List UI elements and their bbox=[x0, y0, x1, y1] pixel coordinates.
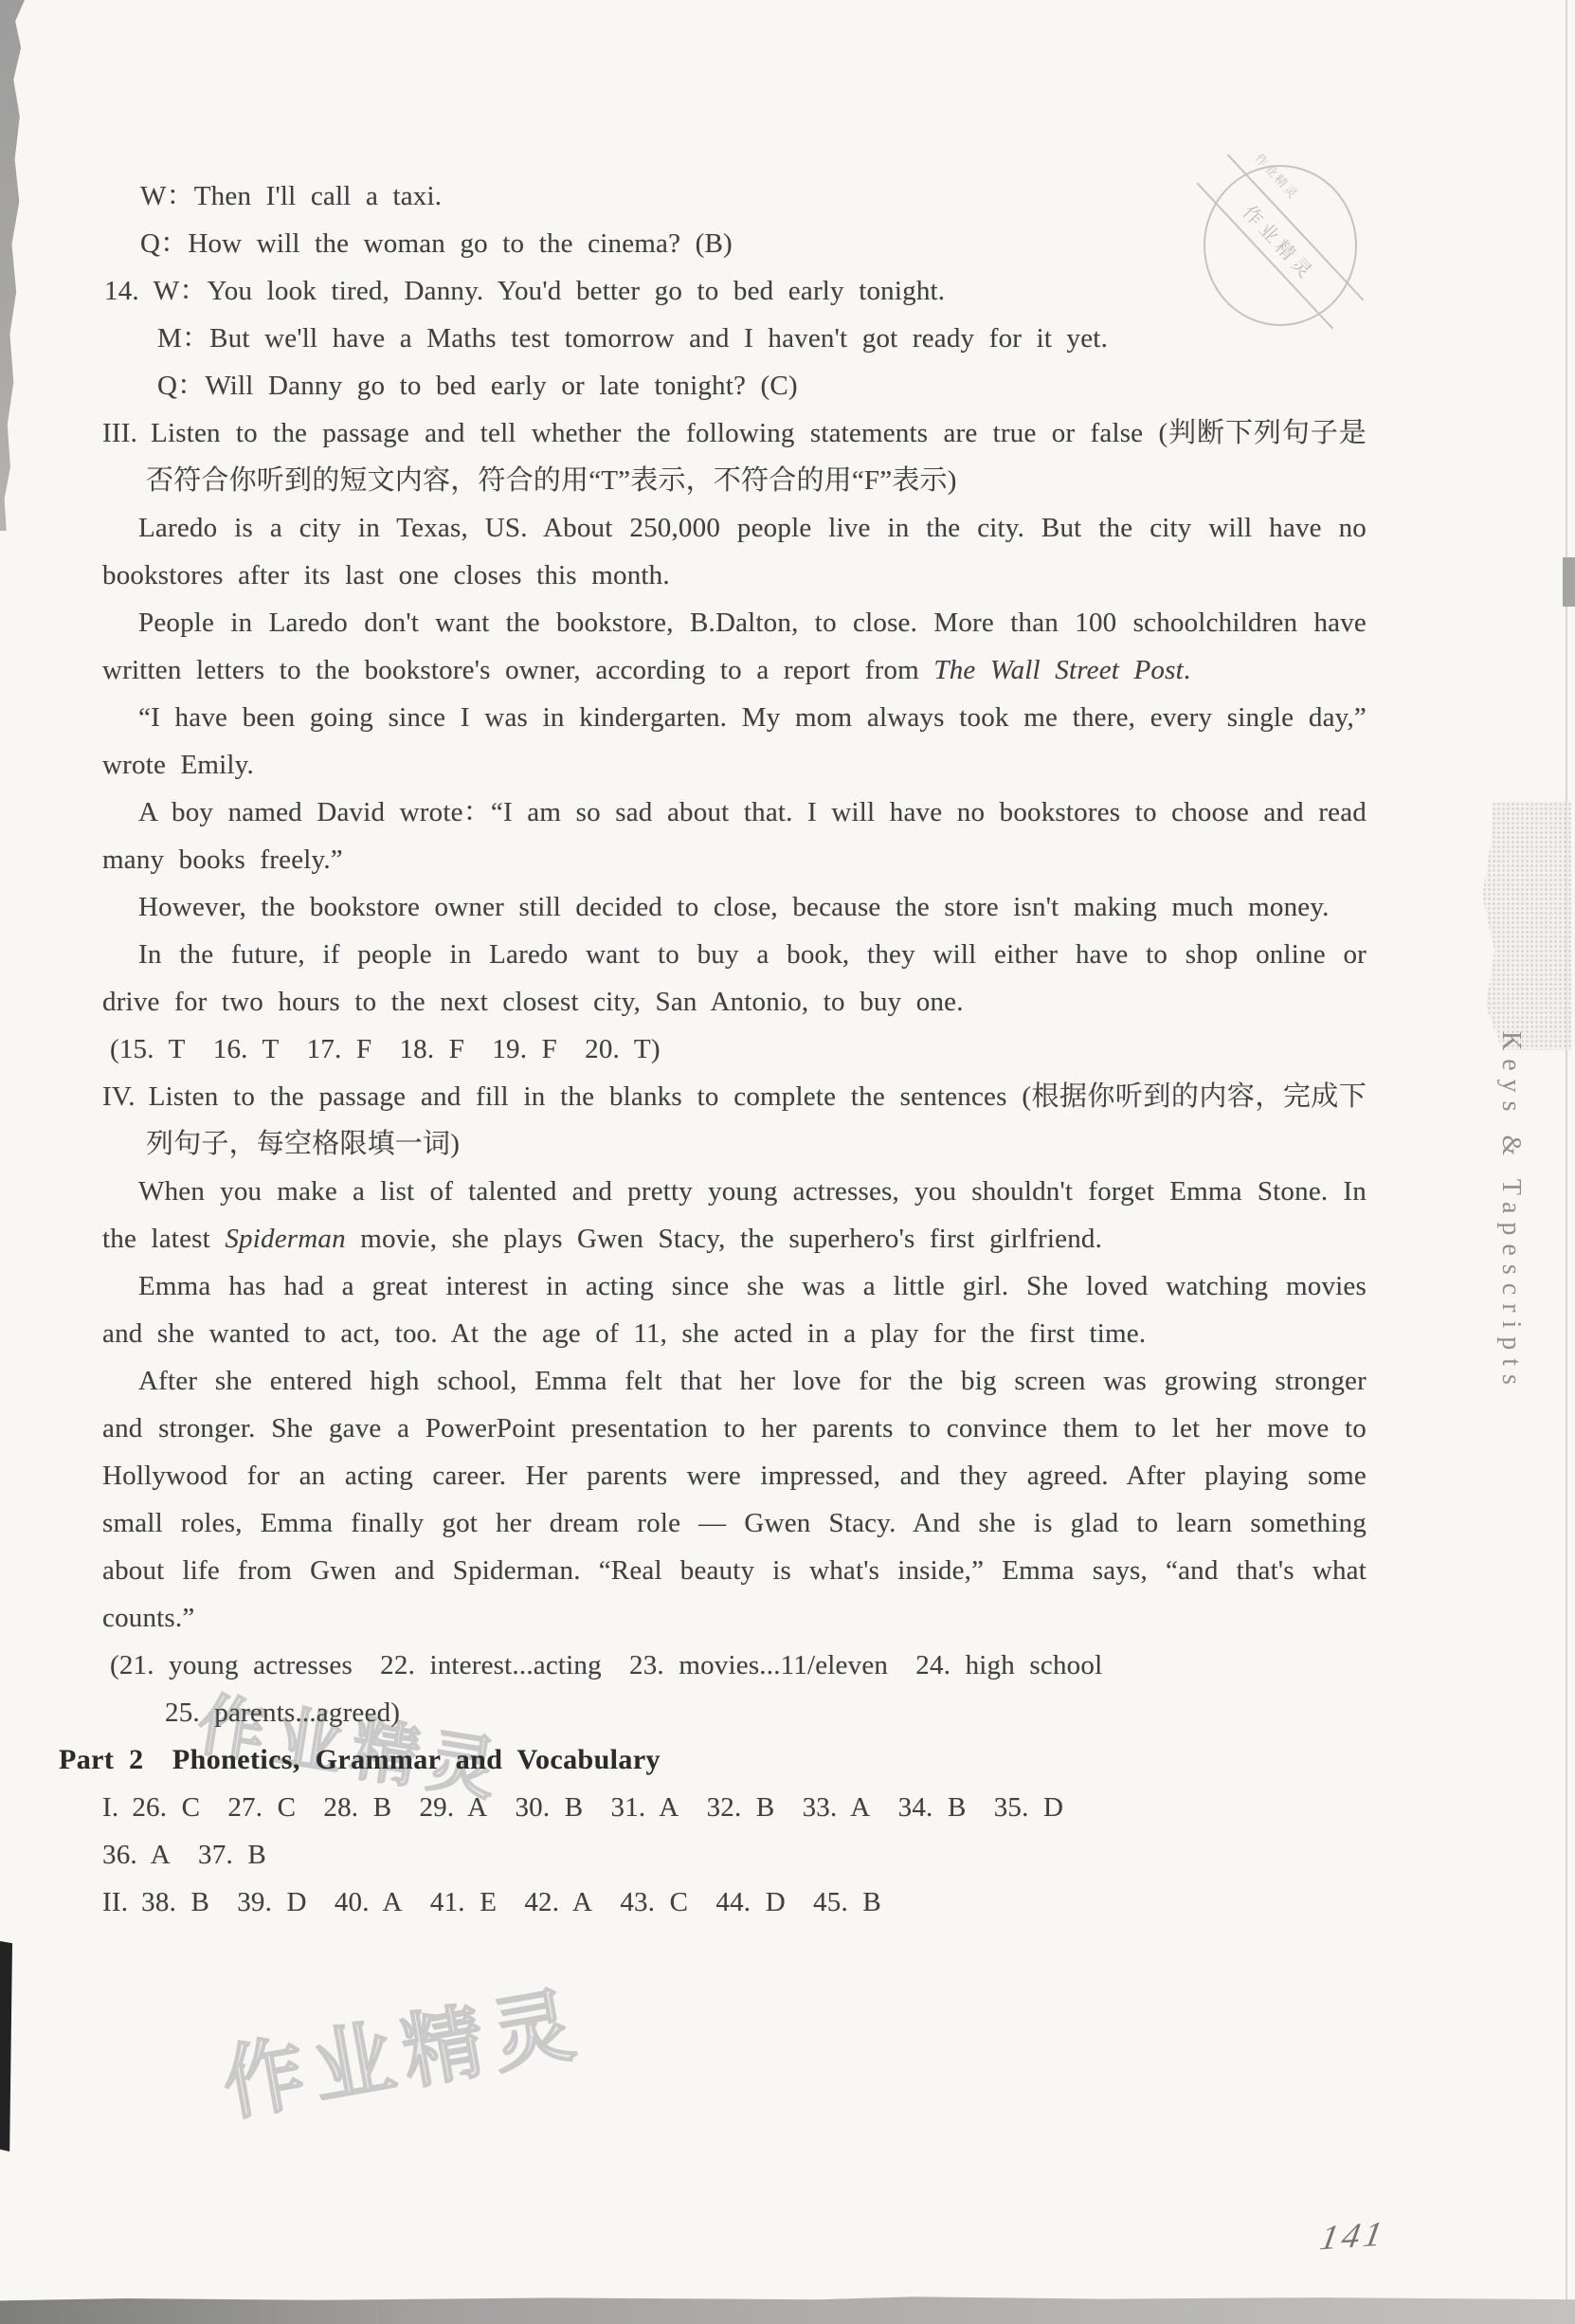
dialogue-line-w13: W：Then I'll call a taxi. bbox=[140, 172, 1367, 220]
right-page-edge-line bbox=[1566, 0, 1567, 2324]
section3-answers: (15. T 16. T 17. F 18. F 19. F 20. T) bbox=[110, 1026, 1367, 1073]
section3-paragraph-5: However, the bookstore owner still decid… bbox=[102, 883, 1367, 931]
right-section-tab bbox=[1563, 557, 1575, 607]
left-binding-bar bbox=[0, 1941, 12, 2152]
section3-paragraph-2: People in Laredo don't want the bookstor… bbox=[102, 599, 1367, 694]
section4-paragraph-1: When you make a list of talented and pre… bbox=[102, 1168, 1367, 1262]
section3-paragraph-1: Laredo is a city in Texas, US. About 250… bbox=[102, 504, 1367, 599]
bottom-page-edge bbox=[0, 2296, 1575, 2324]
margin-label-keys-tapescripts: Keys & Tapescripts bbox=[1495, 1031, 1526, 1393]
dialogue-line-14-m: M：But we'll have a Maths test tomorrow a… bbox=[157, 315, 1367, 362]
part2-heading: Part 2 Phonetics, Grammar and Vocabulary bbox=[59, 1736, 1367, 1784]
dialogue-line-q13: Q：How will the woman go to the cinema? (… bbox=[140, 220, 1367, 267]
section3-numeral: III. bbox=[102, 418, 137, 448]
section4-paragraph-2: Emma has had a great interest in acting … bbox=[102, 1262, 1367, 1357]
part2-item1-line1: I.26. C 27. C 28. B 29. A 30. B 31. A 32… bbox=[102, 1784, 1367, 1831]
gray-circular-stamp: 作业精灵 作业精灵 bbox=[1200, 161, 1361, 330]
section3-heading-text: Listen to the passage and tell whether t… bbox=[146, 418, 1367, 496]
section4-heading-text: Listen to the passage and fill in the bl… bbox=[146, 1081, 1367, 1159]
scanned-answer-key-page: 作业精灵 作业精灵 作业精灵 作业精灵 Keys & Tapescripts 1… bbox=[0, 0, 1575, 2324]
section4-numeral: IV. bbox=[102, 1081, 136, 1112]
left-page-edge-tear bbox=[0, 0, 25, 531]
section3-paragraph-4: A boy named David wrote：“I am so sad abo… bbox=[102, 789, 1367, 883]
part2-item2-line1: II.38. B 39. D 40. A 41. E 42. A 43. C 4… bbox=[102, 1879, 1367, 1926]
part2-item1-line2: 36. A 37. B bbox=[102, 1831, 1367, 1879]
section4-answers-line1: (21. young actresses 22. interest...acti… bbox=[110, 1642, 1367, 1689]
dialogue-line-14-q: Q：Will Danny go to bed early or late ton… bbox=[157, 362, 1367, 409]
watermark-zuoye-jingling-2: 作业精灵 bbox=[212, 1958, 591, 2137]
section3-paragraph-6: In the future, if people in Laredo want … bbox=[102, 931, 1367, 1026]
dialogue-line-14-w: 14. W：You look tired, Danny. You'd bette… bbox=[104, 267, 1367, 315]
part2-item2-numeral: II. bbox=[102, 1887, 128, 1917]
section4-paragraph-3: After she entered high school, Emma felt… bbox=[102, 1357, 1367, 1642]
page-number: 141 bbox=[1317, 2214, 1389, 2260]
part2-item1-answers: 26. C 27. C 28. B 29. A 30. B 31. A 32. … bbox=[132, 1792, 1063, 1823]
section4-answers-line2: 25. parents...agreed) bbox=[165, 1689, 1367, 1736]
part2-item1-numeral: I. bbox=[102, 1792, 118, 1823]
part2-item2-answers: 38. B 39. D 40. A 41. E 42. A 43. C 44. … bbox=[141, 1887, 881, 1917]
page-text-column: W：Then I'll call a taxi. Q：How will the … bbox=[102, 172, 1367, 1926]
section3-heading: III.Listen to the passage and tell wheth… bbox=[102, 409, 1367, 504]
right-halftone-texture bbox=[1482, 802, 1571, 1050]
section3-paragraph-3: “I have been going since I was in kinder… bbox=[102, 694, 1367, 789]
section4-heading: IV.Listen to the passage and fill in the… bbox=[102, 1073, 1367, 1168]
